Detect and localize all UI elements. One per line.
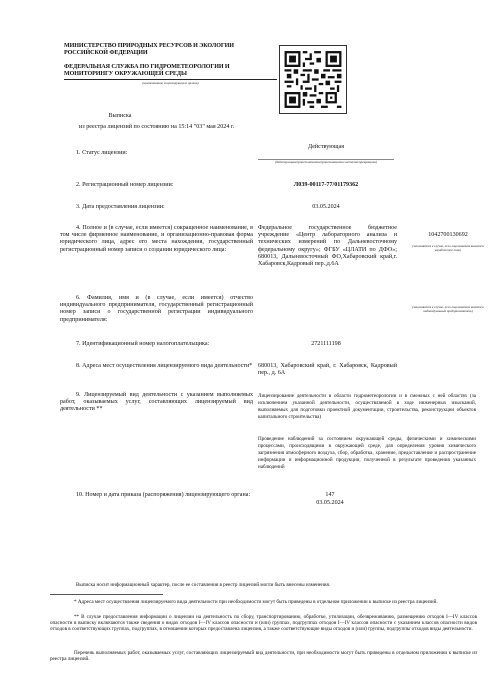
- inn-value: 2721111198: [258, 341, 394, 348]
- footnote-3: Перечень выполняемых работ, оказываемых …: [50, 650, 477, 662]
- licensed-activity-value-2: Проведение наблюдений за состоянием окру…: [258, 436, 476, 471]
- status-caption: (действующая/приостановлена/приостановле…: [273, 160, 379, 164]
- activity-address-label: 8. Адреса мест осуществления лицензируем…: [60, 363, 253, 370]
- legal-entity-caption: (заполняется в случае, если лицензиатом …: [408, 244, 488, 252]
- issue-date-label: 3. Дата предоставления лицензии:: [76, 204, 256, 211]
- informational-notice: Выписка носит информационный характер, п…: [76, 582, 476, 588]
- document-heading: Выписка: [80, 113, 160, 120]
- reg-number-label: 2. Регистрационный номер лицензии:: [76, 182, 256, 189]
- footnote-separator: [50, 594, 163, 595]
- footnote-2: ** В случае предоставления информации о …: [50, 614, 477, 632]
- entrepreneur-label: 6. Фамилия, имя и (в случае, если имеетс…: [60, 295, 253, 324]
- status-label: 1. Статус лицензии:: [76, 150, 256, 157]
- service-name: ФЕДЕРАЛЬНАЯ СЛУЖБА ПО ГИДРОМЕТЕОРОЛОГИИ …: [64, 64, 269, 78]
- header-underline: [64, 79, 277, 80]
- footnote-1: * Адреса мест осуществления лицензируемо…: [50, 599, 477, 605]
- ogrn-value: 1042700130692: [408, 232, 488, 239]
- order-label: 10. Номер и дата приказа (распоряжения) …: [60, 492, 253, 499]
- qr-code: [279, 45, 347, 114]
- legal-entity-value: Федеральное государственное бюджетное уч…: [258, 225, 397, 268]
- order-number-value: 147: [300, 492, 360, 499]
- activity-address-value: 680013, Хабаровский край, г. Хабаровск, …: [258, 363, 397, 377]
- service-caption: (наименование лицензирующего органа): [64, 81, 277, 85]
- licensed-activity-value-1: Лицензирование деятельности в области ги…: [258, 393, 476, 421]
- qr-code-icon: [280, 46, 346, 113]
- entrepreneur-caption: (заполняется в случае, если лицензиатом …: [408, 305, 488, 313]
- inn-label: 7. Идентификационный номер налогоплатель…: [76, 341, 256, 348]
- document-subheading: из реестра лицензий по состоянию на 15:1…: [79, 124, 379, 131]
- licensed-activity-label: 9. Лицензируемый вид деятельности с указ…: [60, 392, 253, 414]
- legal-entity-label: 4. Полное и (в случае, если имеется) сок…: [60, 225, 253, 254]
- order-date-value: 03.05.2024: [290, 500, 370, 507]
- status-value: Действующая: [258, 144, 394, 151]
- ministry-name: МИНИСТЕРСТВО ПРИРОДНЫХ РЕСУРСОВ И ЭКОЛОГ…: [64, 43, 269, 57]
- reg-number-value: Л039-00117-77/01179362: [258, 182, 394, 189]
- issue-date-value: 03.05.2024: [258, 204, 394, 211]
